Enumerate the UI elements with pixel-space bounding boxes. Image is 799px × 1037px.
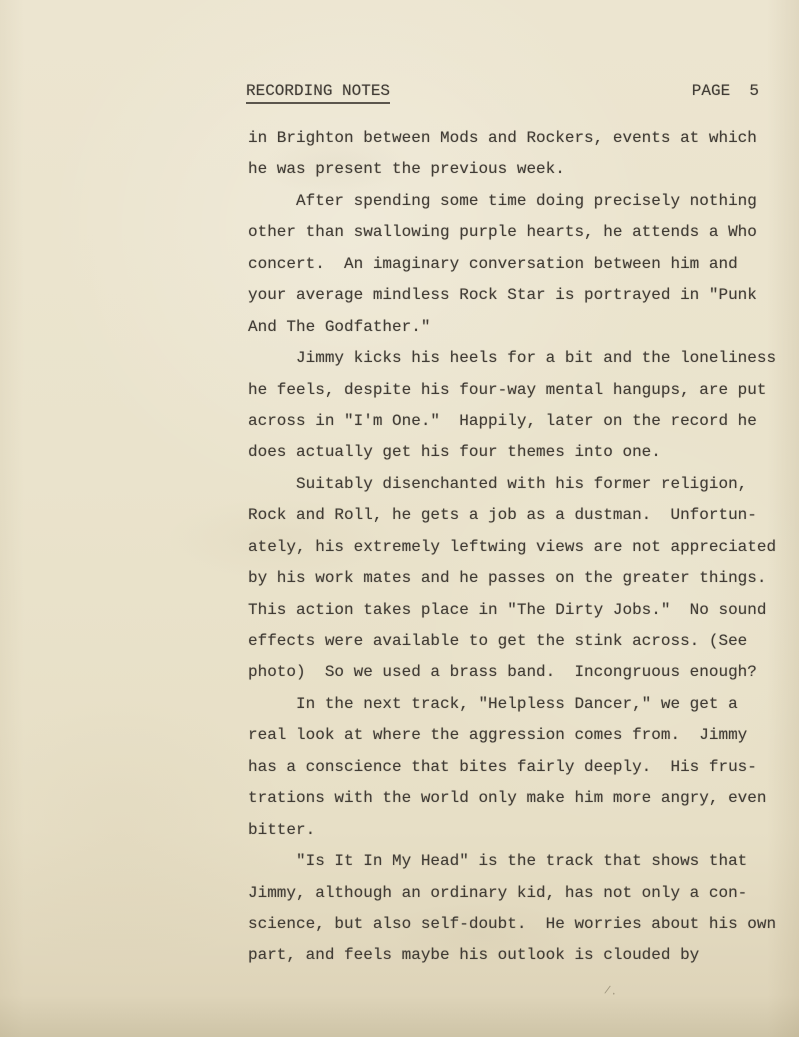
text-line: After spending some time doing precisely… (248, 186, 776, 217)
text-line: Suitably disenchanted with his former re… (248, 469, 776, 500)
text-line: bitter. (248, 815, 776, 846)
text-line: across in "I'm One." Happily, later on t… (248, 406, 776, 437)
stray-pencil-mark: /. (603, 985, 618, 999)
text-line: In the next track, "Helpless Dancer," we… (248, 689, 776, 720)
text-line: This action takes place in "The Dirty Jo… (248, 595, 776, 626)
text-line: effects were available to get the stink … (248, 626, 776, 657)
text-line: by his work mates and he passes on the g… (248, 563, 776, 594)
text-line: other than swallowing purple hearts, he … (248, 217, 776, 248)
text-line: has a conscience that bites fairly deepl… (248, 752, 776, 783)
text-line: Jimmy kicks his heels for a bit and the … (248, 343, 776, 374)
text-line: trations with the world only make him mo… (248, 783, 776, 814)
document-header: RECORDING NOTES PAGE 5 (246, 82, 759, 104)
document-body-text: in Brighton between Mods and Rockers, ev… (248, 123, 776, 972)
text-line: science, but also self-doubt. He worries… (248, 909, 776, 940)
text-line: part, and feels maybe his outlook is clo… (248, 940, 776, 971)
text-line: "Is It In My Head" is the track that sho… (248, 846, 776, 877)
text-line: Rock and Roll, he gets a job as a dustma… (248, 500, 776, 531)
text-line: Jimmy, although an ordinary kid, has not… (248, 878, 776, 909)
text-line: And The Godfather." (248, 312, 776, 343)
text-line: he feels, despite his four-way mental ha… (248, 375, 776, 406)
text-line: your average mindless Rock Star is portr… (248, 280, 776, 311)
document-title: RECORDING NOTES (246, 82, 390, 104)
text-line: concert. An imaginary conversation betwe… (248, 249, 776, 280)
text-line: he was present the previous week. (248, 154, 776, 185)
text-line: real look at where the aggression comes … (248, 720, 776, 751)
text-line: does actually get his four themes into o… (248, 437, 776, 468)
text-line: ately, his extremely leftwing views are … (248, 532, 776, 563)
text-line: in Brighton between Mods and Rockers, ev… (248, 123, 776, 154)
page-number: PAGE 5 (692, 82, 759, 100)
scanned-page: { "page": { "header": { "title": "RECORD… (0, 0, 799, 1037)
text-line: photo) So we used a brass band. Incongru… (248, 657, 776, 688)
